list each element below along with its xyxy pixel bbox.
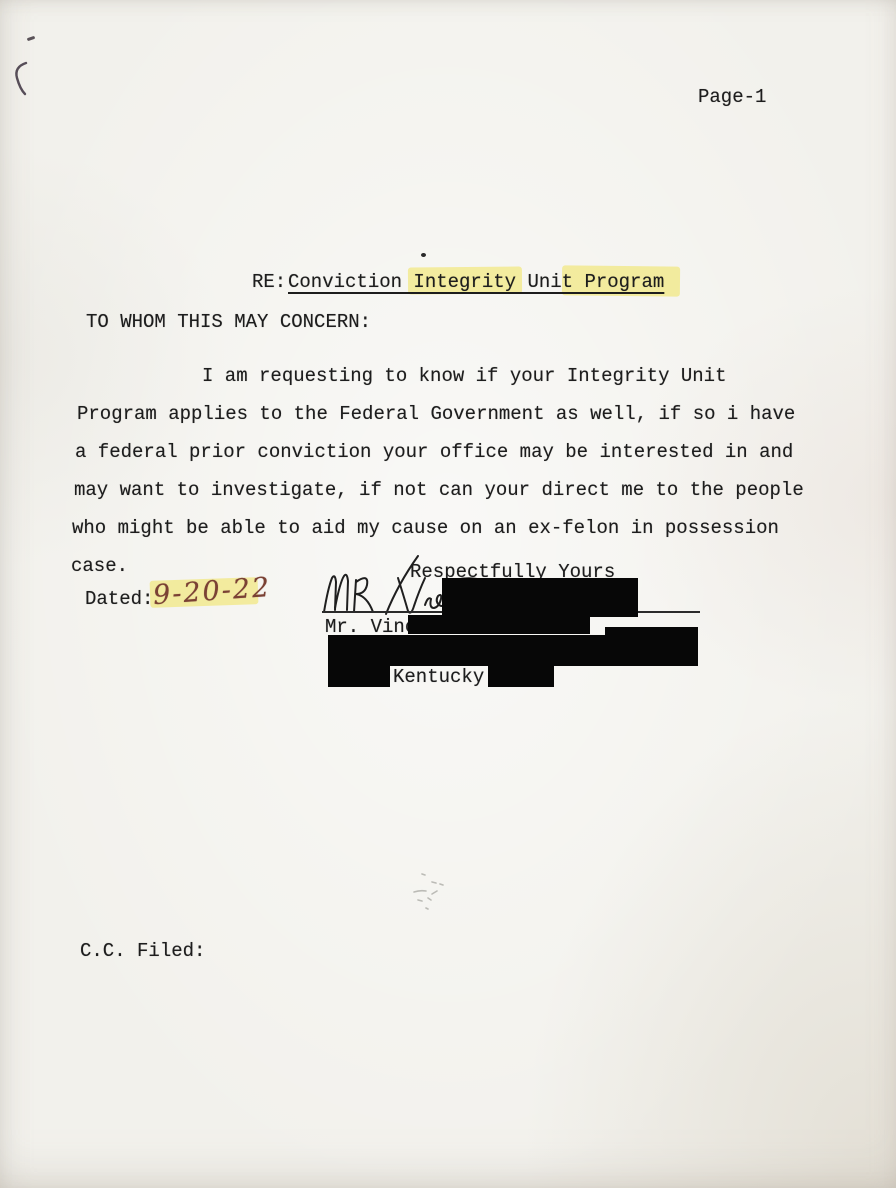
ink-dot xyxy=(421,253,426,257)
salutation: TO WHOM THIS MAY CONCERN: xyxy=(86,311,371,333)
subject-re-label: RE: xyxy=(252,271,286,293)
redaction-block xyxy=(408,615,590,634)
redaction-block xyxy=(488,666,554,687)
body-line: I am requesting to know if your Integrit… xyxy=(202,365,727,387)
location-text: Kentucky xyxy=(393,666,484,688)
pen-tick-mark xyxy=(27,36,36,41)
body-line: Program applies to the Federal Governmen… xyxy=(77,403,795,425)
redaction-block xyxy=(328,635,698,666)
subject-text: Conviction Integrity Unit Program xyxy=(288,271,664,293)
body-line: a federal prior conviction your office m… xyxy=(75,441,793,463)
body-line: case. xyxy=(71,555,128,577)
body-line: who might be able to aid my cause on an … xyxy=(72,517,779,539)
pen-hook-mark xyxy=(10,60,34,100)
handwritten-date: 9-20-22 xyxy=(152,572,272,611)
redaction-block xyxy=(442,578,638,617)
scanned-letter-page: Page-1 RE: Conviction Integrity Unit Pro… xyxy=(0,0,896,1188)
dated-label: Dated: xyxy=(85,588,153,610)
cc-filed-line: C.C. Filed: xyxy=(80,940,205,962)
page-number: Page-1 xyxy=(698,86,766,108)
smudge-mark xyxy=(398,868,460,916)
redaction-block xyxy=(328,666,390,687)
body-line: may want to investigate, if not can your… xyxy=(74,479,804,501)
